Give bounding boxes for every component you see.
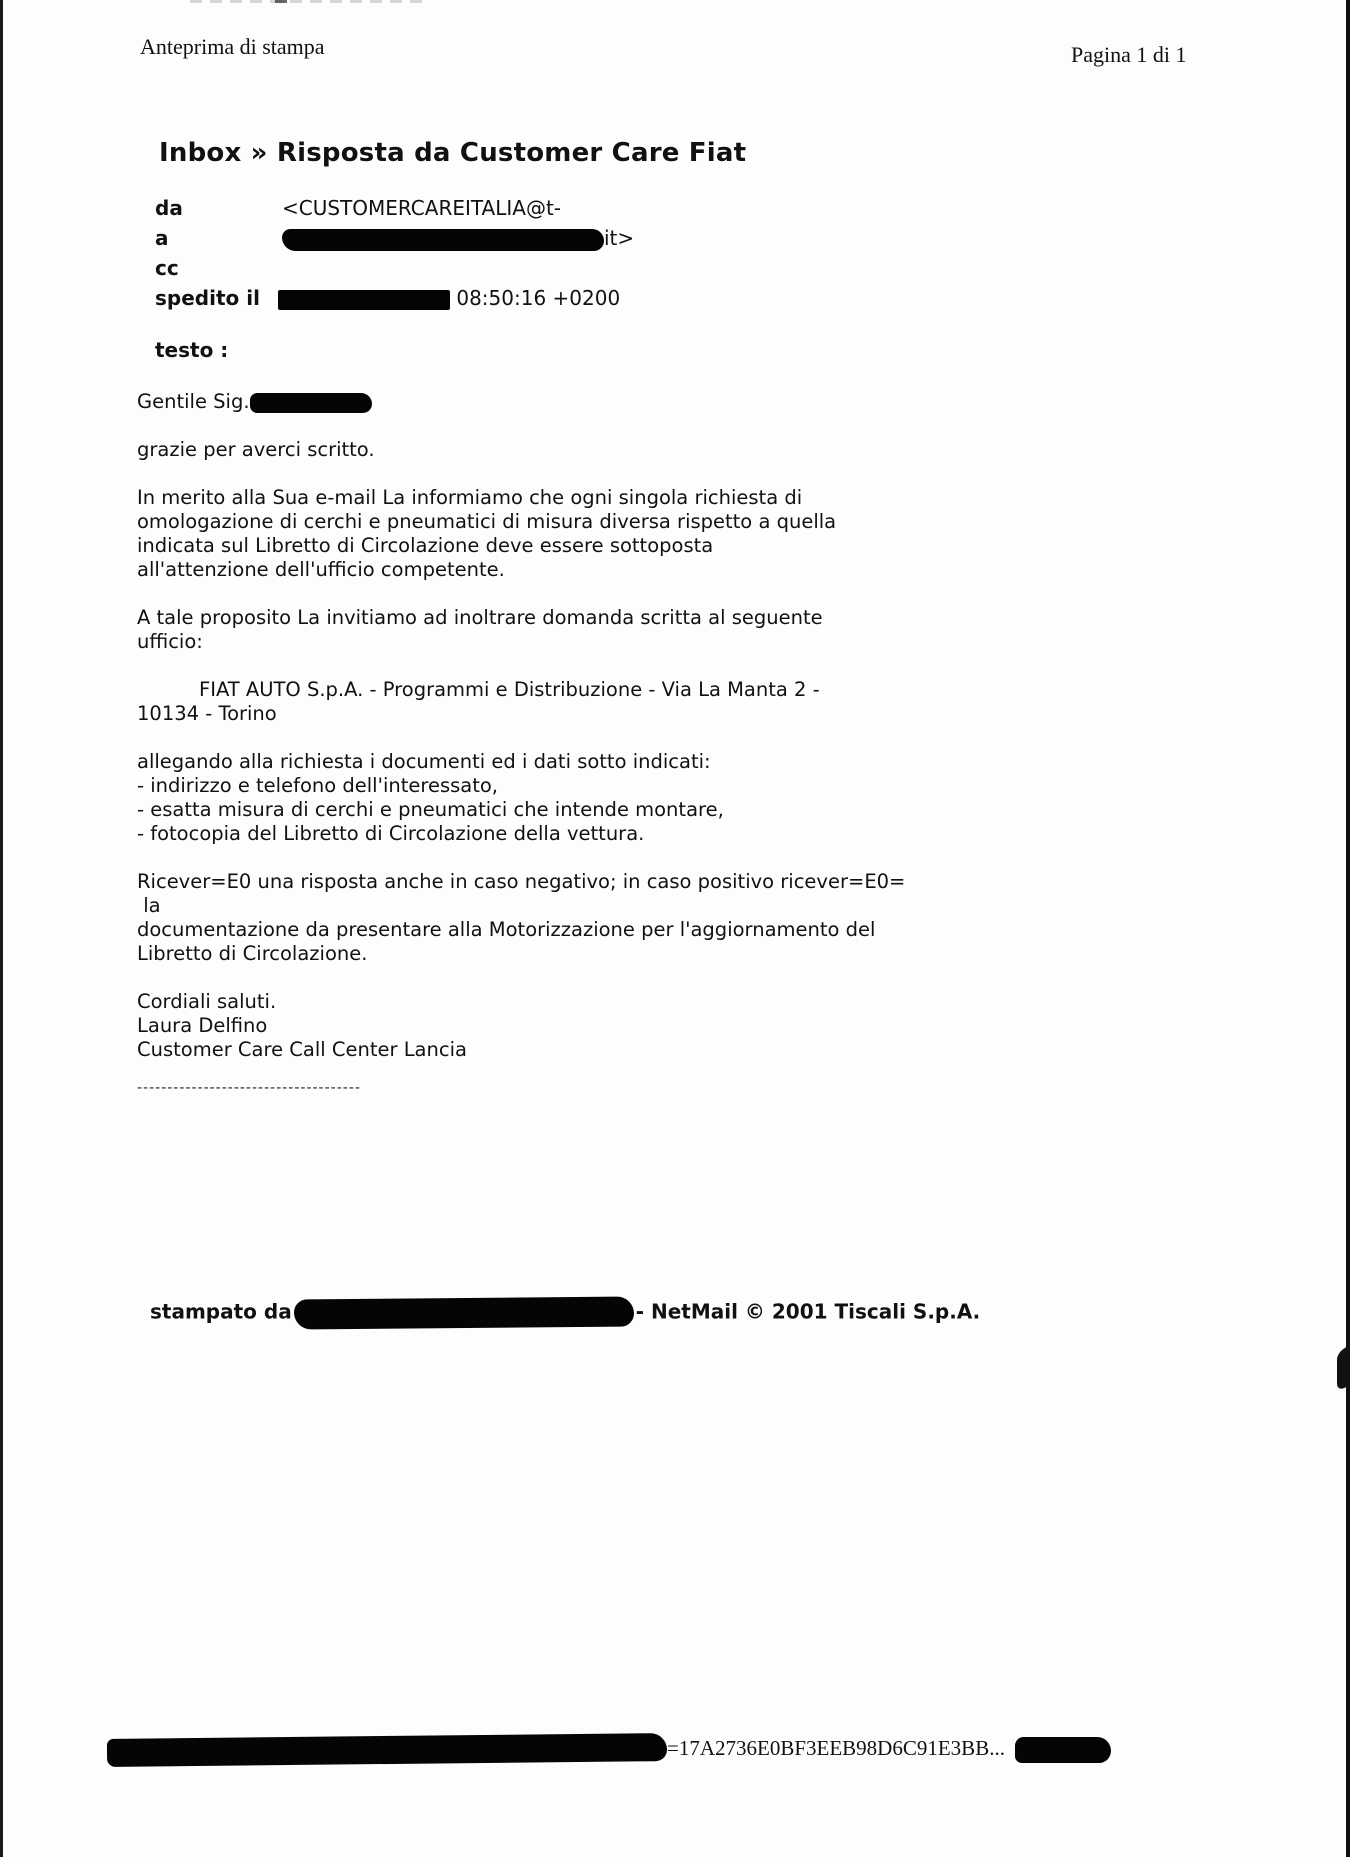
- redacted-printer: [294, 1297, 634, 1330]
- paragraph-3-line: allegando alla richiesta i documenti ed …: [137, 750, 1037, 774]
- to-value: it>: [282, 226, 634, 251]
- greeting: Gentile Sig.: [137, 390, 250, 413]
- paragraph-4-line: documentazione da presentare alla Motori…: [137, 918, 1037, 942]
- cc-label: cc: [155, 256, 179, 280]
- to-value-suffix: it>: [604, 226, 634, 250]
- greeting-line: Gentile Sig.: [137, 390, 1037, 414]
- header-cc-row: cc: [155, 256, 179, 280]
- redacted-name: [250, 393, 372, 413]
- list-item: - fotocopia del Libretto di Circolazione…: [137, 822, 1037, 846]
- paragraph-2: A tale proposito La invitiamo ad inoltra…: [137, 606, 1037, 654]
- scan-artifact-top: [190, 0, 430, 3]
- header-sent-row: spedito il 08:50:16 +0200: [155, 286, 260, 310]
- scan-border-left: [0, 0, 3, 1857]
- paragraph-1: In merito alla Sua e-mail La informiamo …: [137, 486, 1037, 582]
- list-item: - esatta misura di cerchi e pneumatici c…: [137, 798, 1037, 822]
- redacted-date: [278, 290, 450, 310]
- redacted-url: [107, 1733, 667, 1767]
- address-line: 10134 - Torino: [137, 702, 1037, 726]
- body-label: testo :: [155, 338, 228, 362]
- thanks-line: grazie per averci scritto.: [137, 438, 1037, 462]
- header-from-row: da <CUSTOMERCAREITALIA@t-: [155, 196, 183, 220]
- paragraph-4-line: Libretto di Circolazione.: [137, 942, 1037, 966]
- paragraph-4-line: la: [137, 894, 1037, 918]
- closing-block: Cordiali saluti. Laura Delfino Customer …: [137, 990, 1037, 1062]
- redacted-recipient: [282, 229, 604, 251]
- paragraph-4: Ricever=E0 una risposta anche in caso ne…: [137, 870, 1037, 966]
- paragraph-4-line: Ricever=E0 una risposta anche in caso ne…: [137, 870, 1037, 894]
- paragraph-1-line: omologazione di cerchi e pneumatici di m…: [137, 510, 1037, 534]
- address-line: FIAT AUTO S.p.A. - Programmi e Distribuz…: [137, 678, 1037, 702]
- scan-artifact-top-mark: [275, 0, 287, 3]
- page-indicator: Pagina 1 di 1: [1071, 42, 1187, 68]
- printed-by-suffix: - NetMail © 2001 Tiscali S.p.A.: [636, 1300, 981, 1324]
- sent-time: 08:50:16 +0200: [456, 286, 620, 310]
- paragraph-1-line: all'attenzione dell'ufficio competente.: [137, 558, 1037, 582]
- paragraph-3: allegando alla richiesta i documenti ed …: [137, 750, 1037, 846]
- sent-value: 08:50:16 +0200: [278, 286, 620, 310]
- scan-mark: [1337, 1346, 1347, 1393]
- header-body-label-row: testo :: [155, 338, 228, 362]
- header-to-row: a it>: [155, 226, 169, 250]
- signature-department: Customer Care Call Center Lancia: [137, 1038, 1037, 1062]
- redacted-url-end: [1015, 1737, 1111, 1763]
- paragraph-1-line: indicata sul Libretto di Circolazione de…: [137, 534, 1037, 558]
- closing-line: Cordiali saluti.: [137, 990, 1037, 1014]
- paragraph-1-line: In merito alla Sua e-mail La informiamo …: [137, 486, 1037, 510]
- paragraph-2-line: A tale proposito La invitiamo ad inoltra…: [137, 606, 1037, 630]
- email-body: Gentile Sig. grazie per averci scritto. …: [137, 390, 1037, 1100]
- paragraph-2-line: ufficio:: [137, 630, 1037, 654]
- from-label: da: [155, 196, 183, 220]
- to-label: a: [155, 226, 169, 250]
- signature-name: Laura Delfino: [137, 1014, 1037, 1038]
- url-hash: =17A2736E0BF3EEB98D6C91E3BB...: [667, 1736, 1005, 1760]
- print-footer: stampato da- NetMail © 2001 Tiscali S.p.…: [150, 1298, 980, 1328]
- email-title: Inbox » Risposta da Customer Care Fiat: [159, 138, 746, 168]
- sent-label: spedito il: [155, 286, 260, 310]
- print-preview-label: Anteprima di stampa: [140, 34, 325, 60]
- printed-by-label: stampato da: [150, 1300, 292, 1324]
- print-url-line: =17A2736E0BF3EEB98D6C91E3BB...: [107, 1736, 1111, 1764]
- scanned-print-page: Anteprima di stampa Pagina 1 di 1 Inbox …: [0, 0, 1350, 1857]
- list-item: - indirizzo e telefono dell'interessato,: [137, 774, 1037, 798]
- signature-separator: -------------------------------------: [137, 1076, 1037, 1100]
- from-value: <CUSTOMERCAREITALIA@t-: [282, 196, 561, 220]
- address-block: FIAT AUTO S.p.A. - Programmi e Distribuz…: [137, 678, 1037, 726]
- scan-border-right: [1346, 0, 1350, 1857]
